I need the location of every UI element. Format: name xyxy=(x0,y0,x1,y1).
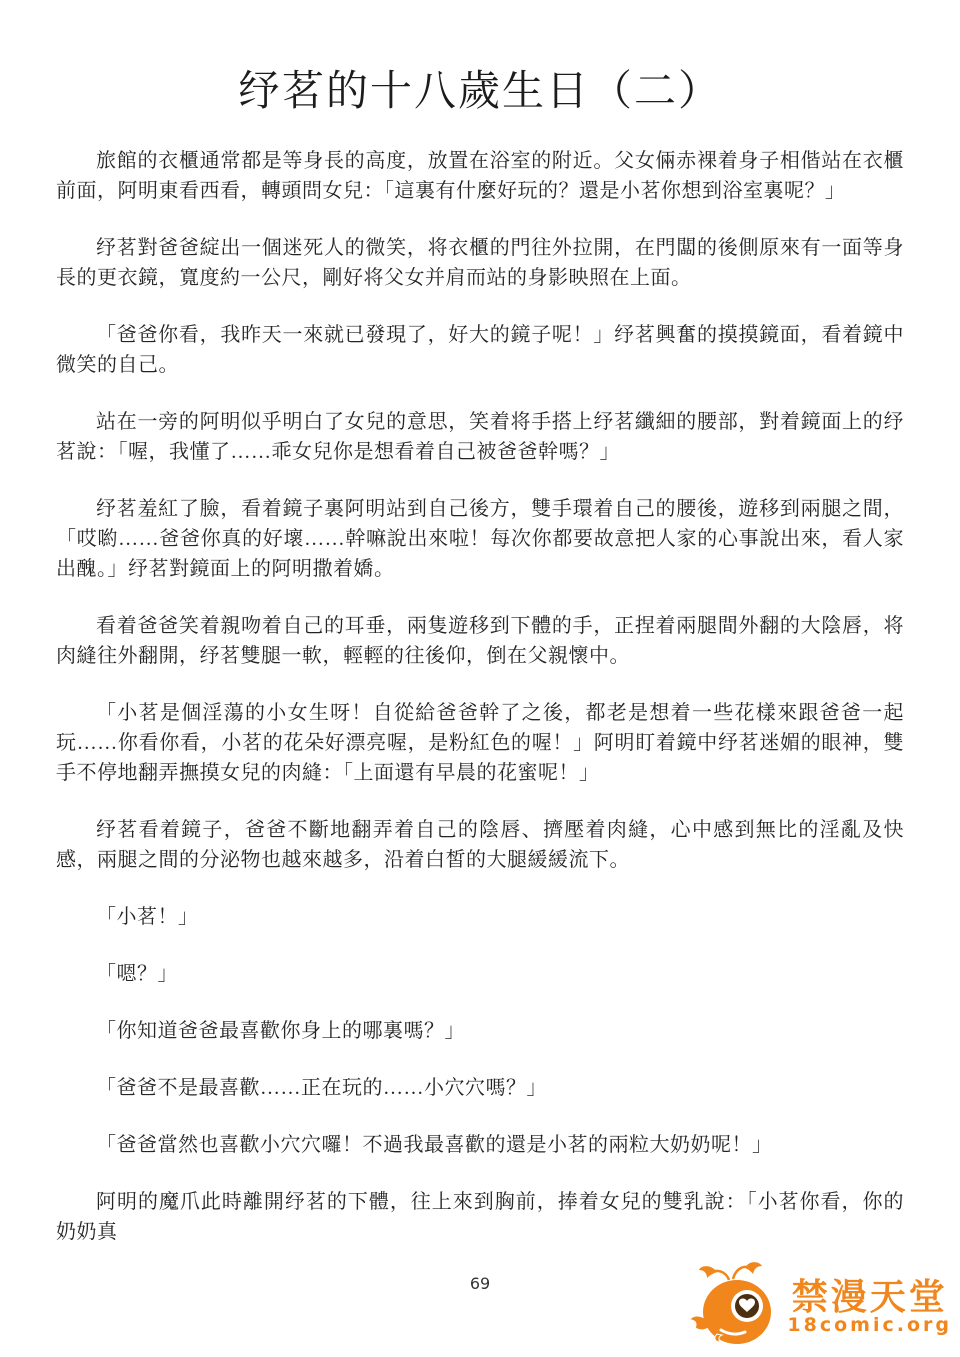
page-title: 纾茗的十八歲生日（二） xyxy=(56,66,904,119)
paragraph: 纾茗羞紅了臉，看着鏡子裏阿明站到自己後方，雙手環着自己的腰後，遊移到兩腿之間，「… xyxy=(56,494,904,584)
dialogue-line: 「爸爸當然也喜歡小穴穴囉！不過我最喜歡的還是小茗的兩粒大奶奶呢！」 xyxy=(56,1130,904,1160)
paragraph: 「爸爸你看，我昨天一來就已發現了，好大的鏡子呢！」纾茗興奮的摸摸鏡面，看着鏡中微… xyxy=(56,320,904,380)
paragraph: 站在一旁的阿明似乎明白了女兒的意思，笑着将手搭上纾茗纖細的腰部，對着鏡面上的纾茗… xyxy=(56,407,904,467)
dialogue-line: 「爸爸不是最喜歡……正在玩的……小穴穴嗎？」 xyxy=(56,1073,904,1103)
dialogue-line: 「嗯？」 xyxy=(56,959,904,989)
paragraph: 看着爸爸笑着親吻着自己的耳垂，兩隻遊移到下體的手，正捏着兩腿間外翻的大陰唇，将肉… xyxy=(56,611,904,671)
paragraph: 纾茗看着鏡子，爸爸不斷地翻弄着自己的陰唇、擠壓着肉縫，心中感到無比的淫亂及快感，… xyxy=(56,815,904,875)
watermark-site-name: 禁漫天堂 xyxy=(792,1279,948,1317)
watermark-site-url: 18comic.org xyxy=(787,1315,952,1335)
watermark-text: 禁漫天堂 18comic.org xyxy=(787,1279,952,1335)
dialogue-line: 「小茗！」 xyxy=(56,902,904,932)
watermark: 禁漫天堂 18comic.org xyxy=(687,1260,952,1353)
paragraph: 纾茗對爸爸綻出一個迷死人的微笑，将衣櫃的門往外拉開，在門闆的後側原來有一面等身長… xyxy=(56,233,904,293)
mascot-orange-whale-icon xyxy=(687,1260,783,1353)
document-page: 纾茗的十八歲生日（二） 旅館的衣櫃通常都是等身長的高度，放置在浴室的附近。父女倆… xyxy=(0,0,960,1357)
paragraph: 「小茗是個淫蕩的小女生呀！自從給爸爸幹了之後，都老是想着一些花樣來跟爸爸一起玩…… xyxy=(56,698,904,788)
dialogue-line: 「你知道爸爸最喜歡你身上的哪裏嗎？」 xyxy=(56,1016,904,1046)
paragraph: 旅館的衣櫃通常都是等身長的高度，放置在浴室的附近。父女倆赤裸着身子相偕站在衣櫃前… xyxy=(56,146,904,206)
paragraph: 阿明的魔爪此時離開纾茗的下體，往上來到胸前，捧着女兒的雙乳說：「小茗你看，你的奶… xyxy=(56,1187,904,1247)
